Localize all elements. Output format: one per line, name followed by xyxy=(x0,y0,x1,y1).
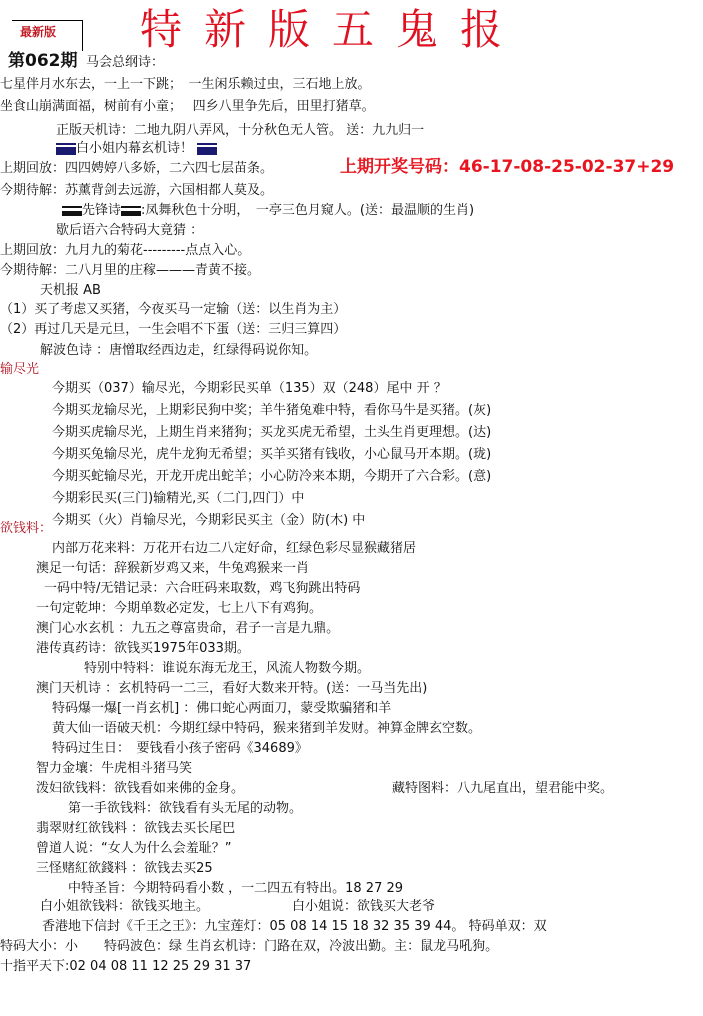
divider-bar-icon xyxy=(197,143,217,155)
money-line: 中特圣旨：今期特码看小数 ，一二四五有特出。18 27 29 xyxy=(68,880,403,898)
last-draw-numbers: 46-17-08-25-02-37+29 xyxy=(459,157,674,177)
tianji-poem: 正版天机诗：二地九阴八弄风，十分秋色无人管。 送：九九归一 xyxy=(56,122,424,140)
last-review: 上期回放：四四娉婷八多娇，二六四七层苗条。 xyxy=(0,160,273,178)
vanguard-text: :凤舞秋色十分明， 一亭三色月窥人。(送：最温顺的生肖) xyxy=(141,203,474,218)
lose-line: 今期彩民买(三门)输精光,买（二门,四门）中 xyxy=(52,490,304,508)
xiehouyu-heading: 歇后语六合特码大竟猜 ： xyxy=(56,222,203,240)
money-line-extra: 藏特图料：八九尾直出，望君能中奖。 xyxy=(392,780,613,798)
tianji-ab-item: （2）再过几天是元旦，一生会唱不下蛋（送：三归三算四） xyxy=(0,321,346,339)
baixiaojie-label: 白小姐内幕玄机诗！ xyxy=(76,141,193,156)
lose-line: 今期买兔输尽光，虎牛龙狗无希望；买羊买猪有钱收，小心鼠马开本期。(珑) xyxy=(52,446,491,464)
money-line: 曾道人说：“女人为什么会羞耻？” xyxy=(36,840,231,858)
vanguard-poem: 先锋诗:凤舞秋色十分明， 一亭三色月窥人。(送：最温顺的生肖) xyxy=(62,202,474,220)
section-heading-money: 欲钱料： xyxy=(0,520,52,538)
money-line: 特码过生日： 要钱看小孩子密码《34689》 xyxy=(52,740,308,758)
tianji-ab-heading: 天机报 AB xyxy=(40,282,101,300)
divider-bar-icon xyxy=(62,206,82,216)
money-line: 澳门心水玄机 ：九五之尊富贵命，君子一言是九鼎。 xyxy=(36,620,339,638)
section-heading-lose: 输尽光 xyxy=(0,361,39,379)
money-line: 一句定乾坤：今期单数必定发，七上八下有鸡狗。 xyxy=(36,600,322,618)
lose-line: 今期买（火）肖输尽光，今期彩民买主（金）防(木) 中 xyxy=(52,512,365,530)
poem-line: 七星伴月水东去，一上一下跳； 一生闲乐赖过虫，三石地上放。 xyxy=(0,76,371,94)
money-line: 一码中特/无错记录：六合旺码来取数，鸡飞狗跳出特码 xyxy=(44,580,360,598)
money-line: 香港地下信封《千王之王》：九宝莲灯：05 08 14 15 18 32 35 3… xyxy=(42,918,547,936)
money-line: 澳足一句话：辞猴新岁鸡又来，牛兔鸡猴来一肖 xyxy=(36,560,309,578)
poem-line: 坐食山崩满面福，树前有小童； 四乡八里争先后，田里打猪草。 xyxy=(0,98,375,116)
page-title: 特新版五鬼报 xyxy=(140,4,524,56)
xiehouyu-this: 今期待解：二八月里的庄稼———青黄不接。 xyxy=(0,262,260,280)
jiebose-poem: 解波色诗 ：唐憎取经西边走，红绿得码说你知。 xyxy=(40,342,317,360)
edition-badge-label: 最新版 xyxy=(20,23,56,40)
money-line: 特别中特料：谁说东海无龙王，风流人物数今期。 xyxy=(84,660,370,678)
this-issue-riddle: 今期待解：苏薰背剑去远游，六国相都人莫及。 xyxy=(0,182,273,200)
issue-number: 第062期 xyxy=(8,50,78,72)
money-line: 内部万花来料：万花开右边二八定好命，红绿色彩尽显猴藏猪居 xyxy=(52,540,416,558)
money-line-extra: 白小姐说：欲钱买大老爷 xyxy=(292,898,435,916)
baixiaojie-heading: 白小姐内幕玄机诗！ xyxy=(56,140,217,158)
lose-line: 今期买龙输尽光，上期彩民狗中奖；羊牛猪兔难中特，看你马牛是买猪。(灰) xyxy=(52,402,491,420)
money-line: 智力金壤：牛虎相斗猪马笑 xyxy=(36,760,192,778)
money-line: 澳门天机诗 ：玄机特码一二三，看好大数来开特。(送：一马当先出) xyxy=(36,680,427,698)
poem-heading: 马会总纲诗： xyxy=(86,54,164,72)
money-line: 白小姐欲钱料：欲钱买地主。 xyxy=(40,898,209,916)
money-line: 港传真药诗：欲钱买1975年033期。 xyxy=(36,640,250,658)
lose-line: 今期买蛇输尽光，开龙开虎出蛇羊；小心防冷来本期，今期开了六合彩。(意) xyxy=(52,468,491,486)
money-line: 特码大小：小 特码波色：绿 生肖玄机诗：门路在双，冷波出勤。主：鼠龙马吼狗。 xyxy=(0,938,498,956)
last-draw-label: 上期开奖号码： xyxy=(340,157,459,177)
money-line: 第一手欲钱料：欲钱看有头无尾的动物。 xyxy=(68,800,302,818)
last-draw: 上期开奖号码：46-17-08-25-02-37+29 xyxy=(340,158,674,176)
divider-bar-icon xyxy=(121,206,141,216)
money-line: 十指平天下:02 04 08 11 12 25 29 31 37 xyxy=(0,958,251,976)
money-line: 三怪赌紅欲錢料 ：欲钱去买25 xyxy=(36,860,213,878)
tianji-ab-item: （1）买了考虑又买猪，今夜买马一定输（送：以生肖为主） xyxy=(0,301,346,319)
divider-bar-icon xyxy=(56,143,76,155)
money-line: 翡翠财红欲钱料 ：欲钱去买长尾巴 xyxy=(36,820,235,838)
edition-badge: 最新版 xyxy=(12,20,83,51)
lose-line: 今期买虎输尽光，上期生肖来猪狗；买龙买虎无希望，土头生肖更理想。(达) xyxy=(52,424,491,442)
money-line: 泼妇欲钱料：欲钱看如来佛的金身。 xyxy=(36,780,244,798)
money-line: 特码爆一爆[一肖玄机] ：佛口蛇心两面刀，蒙受欺骗猪和羊 xyxy=(52,700,391,718)
money-line: 黄大仙一语破天机：今期红绿中特码，猴来猪到羊发财。神算金牌玄空数。 xyxy=(52,720,481,738)
vanguard-label: 先锋诗 xyxy=(82,203,121,218)
lose-line: 今期买（037）输尽光，今期彩民买单（135）双（248）尾中 开 ？ xyxy=(52,380,447,398)
xiehouyu-last: 上期回放：九月九的菊花---------点点入心。 xyxy=(0,242,250,260)
